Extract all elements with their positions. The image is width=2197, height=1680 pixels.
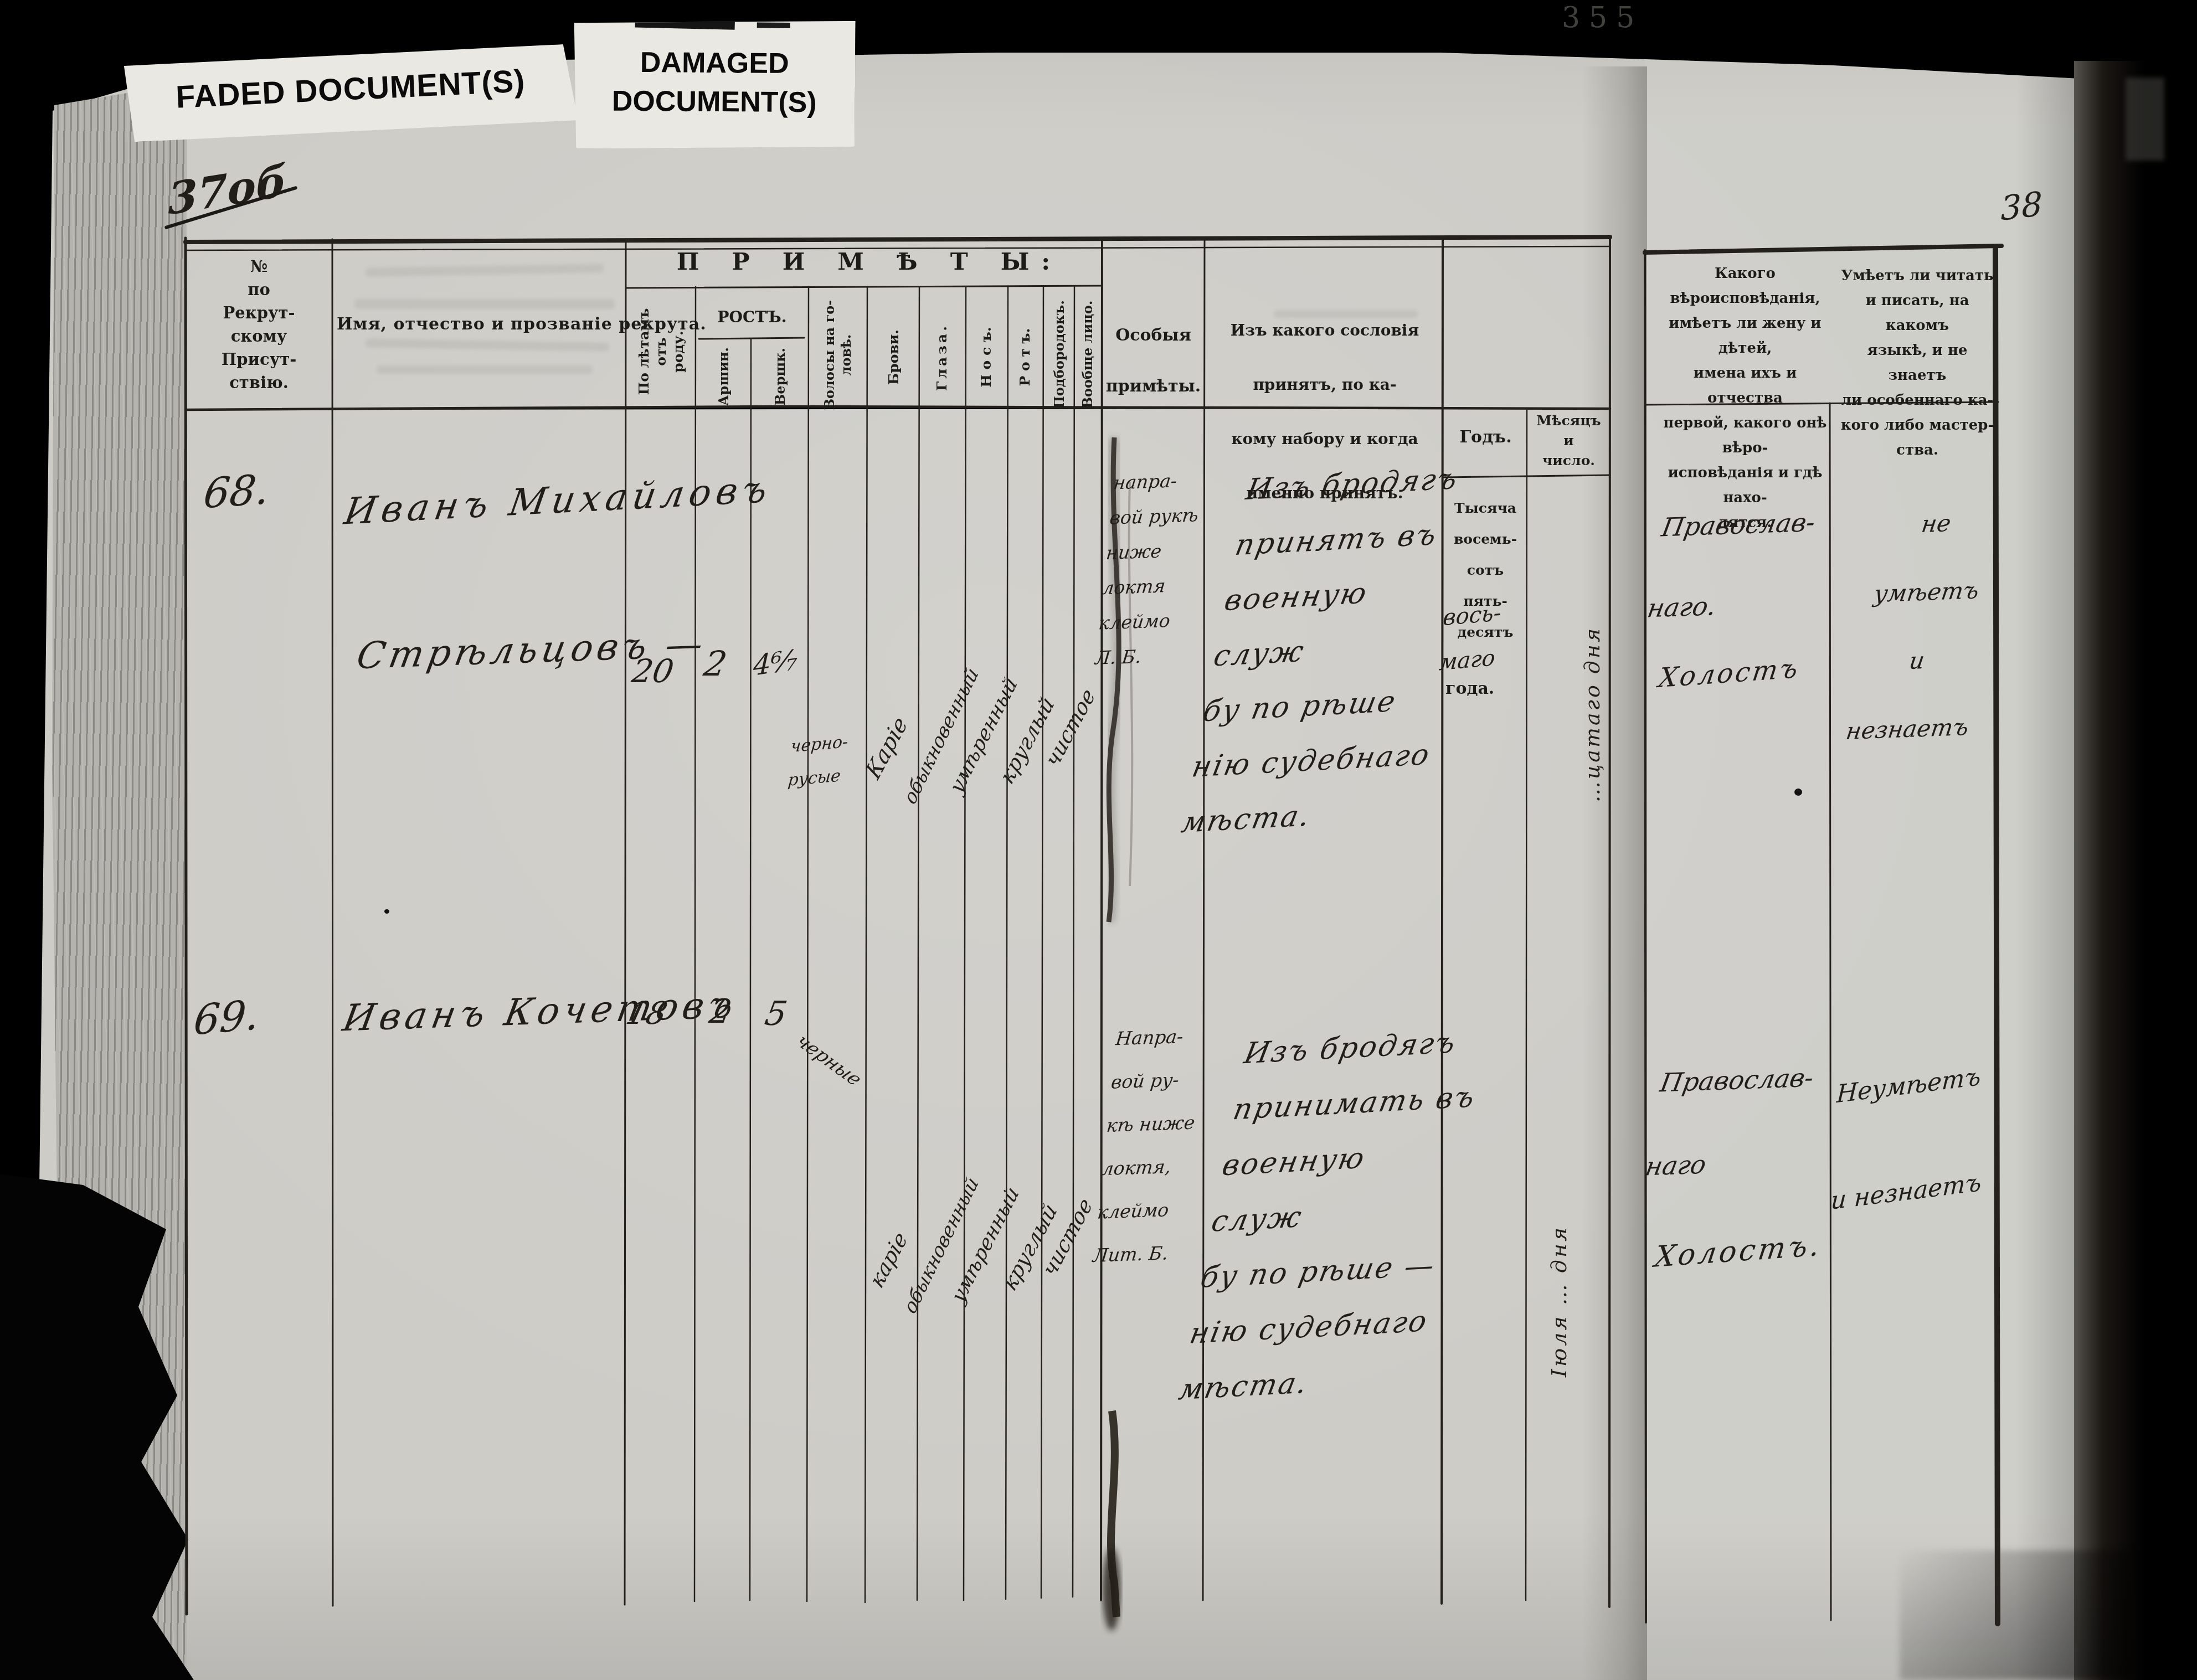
row-69-number: 69.	[192, 991, 261, 1044]
header-mouth: Р о т ъ.	[1015, 310, 1034, 404]
header-face: Вообще лицо.	[1078, 296, 1097, 413]
header-rost: РОСТЪ.	[699, 308, 805, 326]
row-69-literacy: Неумѣетъ и незнаетъ	[1828, 1021, 2004, 1255]
header-age: По лѣтамъ отъ роду.	[641, 299, 680, 404]
header-vershok: Вершк.	[770, 341, 790, 413]
damaged-document-label-line2: DOCUMENT(S)	[579, 84, 850, 119]
ink-speck	[384, 909, 389, 914]
header-age-label: По лѣтамъ отъ роду.	[635, 299, 687, 404]
header-eyes-label: Глаза.	[934, 323, 950, 391]
row-69-month-day-text: Іюля … дня	[1547, 1225, 1571, 1377]
header-brows: Брови.	[884, 310, 903, 404]
header-nose-label: Н о с ъ.	[978, 327, 994, 388]
row-68-month-day: …цатаго дня	[1578, 559, 1606, 869]
row-69-month-day: Іюля … дня	[1545, 1130, 1573, 1473]
header-mouth-label: Р о т ъ.	[1017, 328, 1033, 386]
year-printed-suffix: года.	[1445, 679, 1494, 698]
header-arshin-label: Аршин.	[716, 347, 732, 406]
row-68-month-day-text: …цатаго дня	[1580, 626, 1604, 802]
header-nose: Н о с ъ.	[976, 310, 995, 404]
header-primety-title: П Р И М Ѣ Т Ы:	[637, 248, 1102, 276]
ink-speck	[1794, 789, 1802, 796]
header-name: Имя, отчество и прозваніе рекрута.	[337, 315, 625, 334]
header-arshin: Аршин.	[713, 341, 733, 413]
header-brows-label: Брови.	[886, 329, 902, 385]
header-special-marks: Особыя примѣты.	[1105, 310, 1202, 412]
header-literacy: Умѣетъ ли читать и писать, на какомъ язы…	[1838, 264, 1997, 463]
header-face-label: Вообще лицо.	[1079, 301, 1095, 409]
faded-document-label: FADED DOCUMENT(S)	[134, 61, 567, 118]
header-hair: Волосы на го- ловѣ.	[821, 300, 855, 410]
header-chin-label: Подбородокъ.	[1051, 300, 1067, 409]
header-year: Годъ.	[1445, 427, 1526, 447]
row-68-religion: Православ- наго.	[1640, 481, 1857, 649]
sticker-smudge	[757, 23, 790, 28]
folio-number-right: 38	[2000, 184, 2043, 229]
scanned-register-page: 355	[0, 0, 2197, 1680]
row-68-age: 20	[629, 652, 677, 690]
row-68-vershok: 4⁶⁄₇	[753, 643, 798, 682]
damaged-document-sticker: DAMAGED DOCUMENT(S)	[573, 19, 856, 151]
header-chin: Подбородокъ.	[1049, 296, 1068, 413]
row-68-number: 68.	[202, 465, 272, 518]
row-69-religion: Православ- наго	[1638, 1034, 1856, 1208]
header-recruit-number: № по Рекрут- скому Присут- ствію.	[188, 255, 330, 394]
header-month-day: Мѣсяцъ и число.	[1529, 411, 1609, 471]
header-hair-label: Волосы на го- ловѣ.	[821, 300, 855, 410]
row-68-hair: черно- русые	[786, 725, 850, 797]
header-eyes: Глаза.	[932, 310, 951, 404]
damaged-document-label-line1: DAMAGED	[579, 45, 850, 80]
header-vershok-label: Вершк.	[772, 348, 788, 405]
